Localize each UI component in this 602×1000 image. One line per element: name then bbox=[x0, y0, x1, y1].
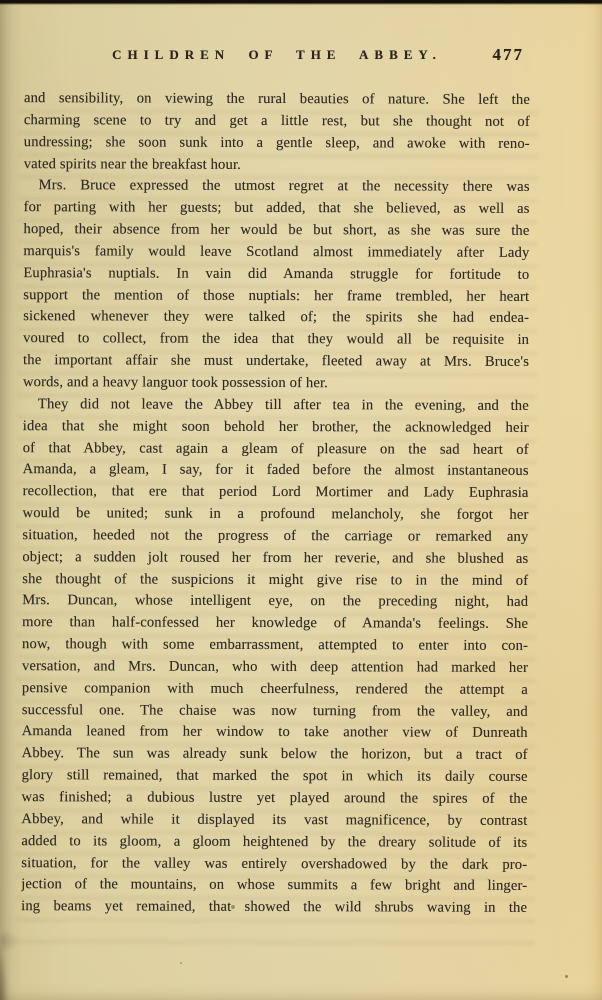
text-line: was finished; a dubious lustre yet playe… bbox=[21, 787, 527, 811]
text-line: added to its gloom, a gloom heightened b… bbox=[21, 831, 527, 855]
text-line: the important affair she must undertake,… bbox=[23, 350, 529, 374]
text-line: she thought of the suspicions it might g… bbox=[22, 569, 528, 593]
text-line: situation, heeded not the progress of th… bbox=[22, 525, 528, 549]
text-line: Mrs. Bruce expressed the utmost regret a… bbox=[24, 175, 530, 199]
text-line: undressing; she soon sunk into a gentle … bbox=[24, 132, 530, 156]
text-line: and sensibility, on viewing the rural be… bbox=[24, 88, 530, 112]
text-line: object; a sudden jolt roused her from he… bbox=[22, 547, 528, 571]
text-line: Abbey. The sun was already sunk below th… bbox=[22, 743, 528, 767]
text-line: hoped, their absence from her would be b… bbox=[23, 219, 529, 243]
text-block: and sensibility, on viewing the rural be… bbox=[21, 88, 530, 920]
text-line: situation, for the valley was entirely o… bbox=[21, 853, 527, 877]
running-header: CHILDREN OF THE ABBEY. 477 bbox=[24, 47, 530, 67]
book-page-scan: CHILDREN OF THE ABBEY. 477 and sensibili… bbox=[0, 0, 602, 1000]
text-line: Mrs. Duncan, whose intelligent eye, on t… bbox=[22, 591, 528, 615]
text-line: sickened whenever they were talked of; t… bbox=[23, 307, 529, 331]
text-line: marquis's family would leave Scotland al… bbox=[23, 241, 529, 265]
text-line: idea that she might soon behold her brot… bbox=[23, 416, 529, 440]
text-line: versation, and Mrs. Duncan, who with dee… bbox=[22, 656, 528, 680]
page-number: 477 bbox=[493, 45, 525, 65]
paper-speck bbox=[565, 975, 568, 978]
text-line: Euphrasia's nuptials. In vain did Amanda… bbox=[23, 263, 529, 287]
text-line: Abbey, and while it displayed its vast m… bbox=[21, 809, 527, 833]
text-line: would be united; sunk in a profound mela… bbox=[22, 503, 528, 527]
text-line: Amanda, a gleam, I say, for it faded bef… bbox=[23, 459, 529, 483]
text-line: now, though with some embarrassment, att… bbox=[22, 634, 528, 658]
text-line: support the mention of those nuptials: h… bbox=[23, 285, 529, 309]
text-line: more than half-confessed her knowledge o… bbox=[22, 612, 528, 636]
text-line: successful one. The chaise was now turni… bbox=[22, 700, 528, 724]
text-line: They did not leave the Abbey till after … bbox=[23, 394, 529, 418]
text-line: words, and a heavy languor took possessi… bbox=[23, 372, 529, 396]
text-line: for parting with her guests; but added, … bbox=[24, 197, 530, 221]
paragraph: Mrs. Bruce expressed the utmost regret a… bbox=[23, 175, 530, 395]
text-line: ing beams yet remained, that showed the … bbox=[21, 896, 527, 920]
paper-speck bbox=[180, 962, 182, 964]
running-header-title: CHILDREN OF THE ABBEY. bbox=[24, 47, 530, 63]
text-line: of that Abbey, cast again a gleam of ple… bbox=[23, 438, 529, 462]
scan-smudge bbox=[0, 930, 20, 952]
text-line: recollection, that ere that period Lord … bbox=[23, 481, 529, 505]
text-line: Amanda leaned from her window to take an… bbox=[22, 722, 528, 746]
paragraph: They did not leave the Abbey till after … bbox=[21, 394, 529, 920]
text-line: charming scene to try and get a little r… bbox=[24, 110, 530, 134]
text-line: voured to collect, from the idea that th… bbox=[23, 328, 529, 352]
paragraph: and sensibility, on viewing the rural be… bbox=[24, 88, 530, 177]
text-line: glory still remained, that marked the sp… bbox=[22, 765, 528, 789]
scan-edge-top bbox=[0, 0, 602, 5]
text-line: jection of the mountains, on whose summi… bbox=[21, 874, 527, 898]
text-line: pensive companion with much cheerfulness… bbox=[22, 678, 528, 702]
scan-smudge bbox=[0, 916, 12, 1000]
text-line: vated spirits near the breakfast hour. bbox=[24, 154, 530, 178]
